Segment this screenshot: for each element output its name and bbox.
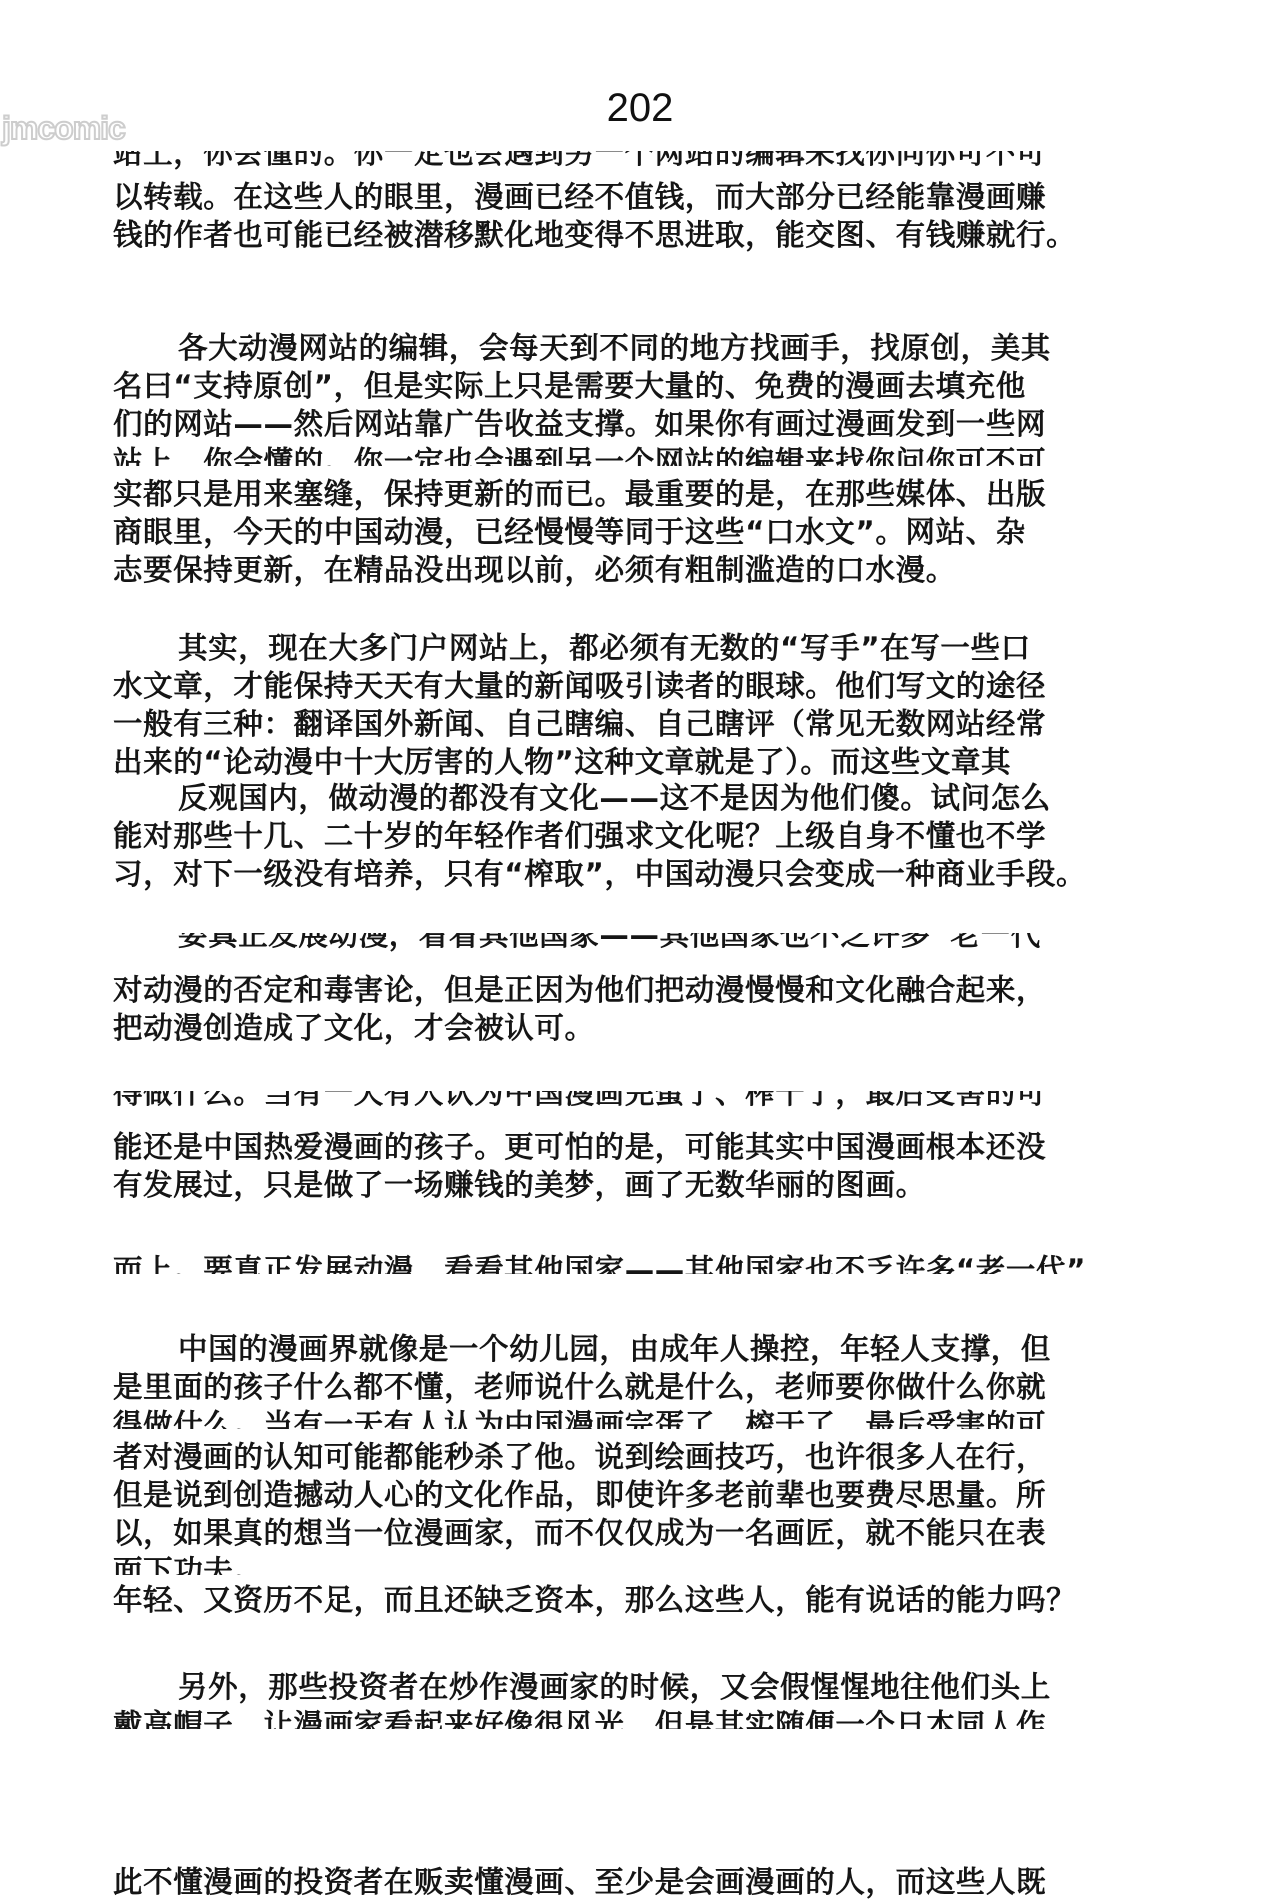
text-line: 商眼里，今天的中国动漫，已经慢慢等同于这些“口水文”。网站、杂	[113, 512, 1193, 552]
text-line: 水文章，才能保持天天有大量的新闻吸引读者的眼球。他们写文的途径	[113, 666, 1193, 706]
text-line: 者对漫画的认知可能都能秒杀了他。说到绘画技巧，也许很多人在行，	[113, 1437, 1193, 1477]
text-line: 以，如果真的想当一位漫画家，而不仅仅成为一名画匠，就不能只在表	[113, 1513, 1193, 1553]
text-line-content: 但是说到创造撼动人心的文化作品，即使许多老前辈也要费尽思量。所	[113, 1478, 1046, 1512]
text-line-content: 一般有三种：翻译国外新闻、自己瞎编、自己瞎评（常见无数网站经常	[113, 707, 1046, 741]
text-line-content: 此不懂漫画的投资者在贩卖懂漫画、至少是会画漫画的人，而这些人既	[113, 1865, 1046, 1899]
text-line-content: 另外，那些投资者在炒作漫画家的时候，又会假惺惺地往他们头上	[178, 1670, 1051, 1704]
text-line-content: 名曰“支持原创”，但是实际上只是需要大量的、免费的漫画去填充他	[113, 369, 1026, 403]
text-line-content: 者对漫画的认知可能都能秒杀了他。说到绘画技巧，也许很多人在行，	[113, 1440, 1046, 1474]
text-line: 面下功夫。	[113, 1551, 1193, 1575]
text-line: 一般有三种：翻译国外新闻、自己瞎编、自己瞎评（常见无数网站经常	[113, 704, 1193, 744]
text-line: 得做什么。当有一天有人认为中国漫画完蛋了、榨干了，最后受害的可	[113, 1405, 1193, 1429]
text-line-content: 们的网站——然后网站靠广告收益支撑。如果你有画过漫画发到一些网	[113, 407, 1046, 441]
page-number: 202	[0, 84, 1280, 132]
text-line: 另外，那些投资者在炒作漫画家的时候，又会假惺惺地往他们头上	[178, 1667, 1258, 1707]
text-line: 们的网站——然后网站靠广告收益支撑。如果你有画过漫画发到一些网	[113, 404, 1193, 444]
text-line: 年轻、又资历不足，而且还缺乏资本，那么这些人，能有说话的能力吗？	[113, 1580, 1193, 1620]
text-line-content: 要真正发展动漫，看看其他国家——其他国家也不乏许多“老一代”	[178, 933, 1061, 952]
text-line-content: 有发展过，只是做了一场赚钱的美梦，画了无数华丽的图画。	[113, 1168, 926, 1202]
text-line: 实都只是用来塞缝，保持更新的而已。最重要的是，在那些媒体、出版	[113, 474, 1193, 514]
text-line: 戴高帽子，让漫画家看起来好像很风光，但是其实随便一个日本同人作	[113, 1705, 1193, 1729]
text-line-content: 商眼里，今天的中国动漫，已经慢慢等同于这些“口水文”。网站、杂	[113, 515, 1026, 549]
text-line: 对动漫的否定和毒害论，但是正因为他们把动漫慢慢和文化融合起来，	[113, 970, 1193, 1010]
text-line: 能还是中国热爱漫画的孩子。更可怕的是，可能其实中国漫画根本还没	[113, 1127, 1193, 1167]
text-line-content: 以转载。在这些人的眼里，漫画已经不值钱，而大部分已经能靠漫画赚	[113, 180, 1046, 214]
text-line-content: 各大动漫网站的编辑，会每天到不同的地方找画手，找原创，美其	[178, 331, 1051, 365]
text-line-content: 面下功夫。	[113, 1554, 264, 1575]
text-line-content: 对动漫的否定和毒害论，但是正因为他们把动漫慢慢和文化融合起来，	[113, 973, 1046, 1007]
text-line-content: 站上，你会懂的。你一定也会遇到另一个网站的编辑来找你问你可不可	[113, 445, 1046, 466]
text-line-content: 得做什么。当有一天有人认为中国漫画完蛋了、榨干了，最后受害的可	[113, 1091, 1046, 1110]
text-line-content: 能对那些十几、二十岁的年轻作者们强求文化呢？上级自身不懂也不学	[113, 819, 1046, 853]
text-line: 是里面的孩子什么都不懂，老师说什么就是什么，老师要你做什么你就	[113, 1367, 1193, 1407]
text-line: 站上，你会懂的。你一定也会遇到另一个网站的编辑来找你问你可不可	[113, 442, 1193, 466]
text-line-content: 钱的作者也可能已经被潜移默化地变得不思进取，能交图、有钱赚就行。	[113, 218, 1076, 252]
text-line: 而上。要真正发展动漫，看看其他国家——其他国家也不乏许多“老一代”	[113, 1250, 1193, 1274]
text-line-content: 得做什么。当有一天有人认为中国漫画完蛋了、榨干了，最后受害的可	[113, 1408, 1046, 1429]
text-line-content: 反观国内，做动漫的都没有文化——这不是因为他们傻。试问怎么	[178, 781, 1051, 815]
text-line-content: 而上。要真正发展动漫，看看其他国家——其他国家也不乏许多“老一代”	[113, 1253, 1086, 1274]
text-line: 其实，现在大多门户网站上，都必须有无数的“写手”在写一些口	[178, 628, 1258, 668]
text-line: 以转载。在这些人的眼里，漫画已经不值钱，而大部分已经能靠漫画赚	[113, 177, 1193, 217]
text-line-content: 出来的“论动漫中十大厉害的人物”这种文章就是了）。而这些文章其	[113, 745, 1011, 779]
text-line: 出来的“论动漫中十大厉害的人物”这种文章就是了）。而这些文章其	[113, 742, 1193, 782]
text-line: 但是说到创造撼动人心的文化作品，即使许多老前辈也要费尽思量。所	[113, 1475, 1193, 1515]
text-line-content: 志要保持更新，在精品没出现以前，必须有粗制滥造的口水漫。	[113, 553, 956, 587]
text-line: 能对那些十几、二十岁的年轻作者们强求文化呢？上级自身不懂也不学	[113, 816, 1193, 856]
text-line: 各大动漫网站的编辑，会每天到不同的地方找画手，找原创，美其	[178, 328, 1258, 368]
text-line: 反观国内，做动漫的都没有文化——这不是因为他们傻。试问怎么	[178, 778, 1258, 818]
text-line-content: 水文章，才能保持天天有大量的新闻吸引读者的眼球。他们写文的途径	[113, 669, 1046, 703]
text-line-content: 是里面的孩子什么都不懂，老师说什么就是什么，老师要你做什么你就	[113, 1370, 1046, 1404]
text-line: 有发展过，只是做了一场赚钱的美梦，画了无数华丽的图画。	[113, 1165, 1193, 1205]
text-line: 名曰“支持原创”，但是实际上只是需要大量的、免费的漫画去填充他	[113, 366, 1193, 406]
text-line-content: 习，对下一级没有培养，只有“榨取”，中国动漫只会变成一种商业手段。	[113, 857, 1086, 891]
text-line: 得做什么。当有一天有人认为中国漫画完蛋了、榨干了，最后受害的可	[113, 1091, 1193, 1113]
text-line: 钱的作者也可能已经被潜移默化地变得不思进取，能交图、有钱赚就行。	[113, 215, 1193, 255]
text-line-content: 站上，你会懂的。你一定也会遇到另一个网站的编辑来找你问你可不可	[113, 151, 1046, 170]
text-line: 要真正发展动漫，看看其他国家——其他国家也不乏许多“老一代”	[178, 933, 1258, 955]
text-line-content: 年轻、又资历不足，而且还缺乏资本，那么这些人，能有说话的能力吗？	[113, 1583, 1076, 1617]
text-line: 习，对下一级没有培养，只有“榨取”，中国动漫只会变成一种商业手段。	[113, 854, 1193, 894]
text-line-content: 以，如果真的想当一位漫画家，而不仅仅成为一名画匠，就不能只在表	[113, 1516, 1046, 1550]
text-line-content: 其实，现在大多门户网站上，都必须有无数的“写手”在写一些口	[178, 631, 1031, 665]
text-line: 站上，你会懂的。你一定也会遇到另一个网站的编辑来找你问你可不可	[113, 151, 1193, 173]
text-line-content: 中国的漫画界就像是一个幼儿园，由成年人操控，年轻人支撑，但	[178, 1332, 1051, 1366]
text-line-content: 能还是中国热爱漫画的孩子。更可怕的是，可能其实中国漫画根本还没	[113, 1130, 1046, 1164]
watermark-logo: jmcomic	[2, 110, 125, 146]
text-line: 中国的漫画界就像是一个幼儿园，由成年人操控，年轻人支撑，但	[178, 1329, 1258, 1369]
text-line-content: 把动漫创造成了文化，才会被认可。	[113, 1011, 595, 1045]
text-line-content: 实都只是用来塞缝，保持更新的而已。最重要的是，在那些媒体、出版	[113, 477, 1046, 511]
text-line-content: 戴高帽子，让漫画家看起来好像很风光，但是其实随便一个日本同人作	[113, 1708, 1046, 1729]
text-line: 把动漫创造成了文化，才会被认可。	[113, 1008, 1193, 1048]
text-line: 志要保持更新，在精品没出现以前，必须有粗制滥造的口水漫。	[113, 550, 1193, 590]
text-line: 此不懂漫画的投资者在贩卖懂漫画、至少是会画漫画的人，而这些人既	[113, 1862, 1193, 1902]
